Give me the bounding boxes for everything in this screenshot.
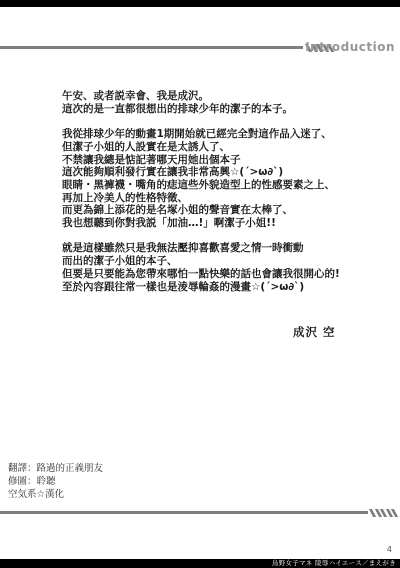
- footer-rule: [0, 511, 368, 514]
- section-title: Introduction: [305, 40, 395, 54]
- text-line: 而更為錦上添花的是名塚小姐的聲音實在太棒了、: [62, 204, 362, 217]
- paragraph: 午安、或者説幸會、我是成沢。 這次的是一直都很想出的排球少年的潔子的本子。: [62, 90, 362, 115]
- translation-credits: 翻譯：路過的正義朋友 修圖：聆聽 空気系☆漢化: [8, 462, 103, 501]
- credit-line-editor: 修圖：聆聽: [8, 475, 103, 488]
- top-border-bar: [0, 0, 400, 7]
- text-line: 這次的是一直都很想出的排球少年的潔子的本子。: [62, 103, 362, 116]
- text-line: 但潔子小姐的人設實在是太誘人了、: [62, 141, 362, 154]
- page-number: 4: [387, 545, 392, 554]
- text-line: 就是這樣雖然只是我無法壓抑喜歡喜愛之情一時衝動: [62, 242, 362, 255]
- text-line: 而出的潔子小姐的本子、: [62, 255, 362, 268]
- text-line: 再加上冷美人的性格特徵、: [62, 192, 362, 205]
- text-line: 不禁讓我總是惦記著哪天用她出個本子: [62, 154, 362, 167]
- text-line: 眼睛・黑褲襪・嘴角的痣這些外貌造型上的性感要素之上、: [62, 179, 362, 192]
- text-line: 這次能夠順利發行實在讓我非常高興☆(´>ω∂`): [62, 166, 362, 179]
- footer-caption: 烏野女子マネ 陵辱ハイエース／まえがき: [272, 559, 396, 567]
- author-signature: 成沢 空: [293, 324, 336, 340]
- document-page: Introduction 午安、或者説幸會、我是成沢。 這次的是一直都很想出的排…: [0, 0, 400, 568]
- footer-slashes-decoration: [371, 509, 399, 517]
- credit-line-group: 空気系☆漢化: [8, 488, 103, 501]
- header-rule: [0, 46, 303, 49]
- foreword-text: 午安、或者説幸會、我是成沢。 這次的是一直都很想出的排球少年的潔子的本子。 我從…: [62, 90, 362, 306]
- text-line: 我也想聽到你對我説「加油…!」啊潔子小姐!!: [62, 217, 362, 230]
- paragraph: 就是這樣雖然只是我無法壓抑喜歡喜愛之情一時衝動 而出的潔子小姐的本子、 但要是只…: [62, 242, 362, 293]
- text-line: 至於內容跟往常一樣也是淩辱輪姦的漫畫☆(´>ω∂`): [62, 281, 362, 294]
- paragraph: 我從排球少年的動畫1期開始就已經完全對這作品入迷了、 但潔子小姐的人設實在是太誘…: [62, 128, 362, 230]
- text-line: 我從排球少年的動畫1期開始就已經完全對這作品入迷了、: [62, 128, 362, 141]
- text-line: 但要是只要能為您帶來哪怕一點快樂的話也會讓我很開心的!: [62, 268, 362, 281]
- credit-line-translator: 翻譯：路過的正義朋友: [8, 462, 103, 475]
- text-line: 午安、或者説幸會、我是成沢。: [62, 90, 362, 103]
- bottom-border-bar: 烏野女子マネ 陵辱ハイエース／まえがき: [0, 559, 400, 568]
